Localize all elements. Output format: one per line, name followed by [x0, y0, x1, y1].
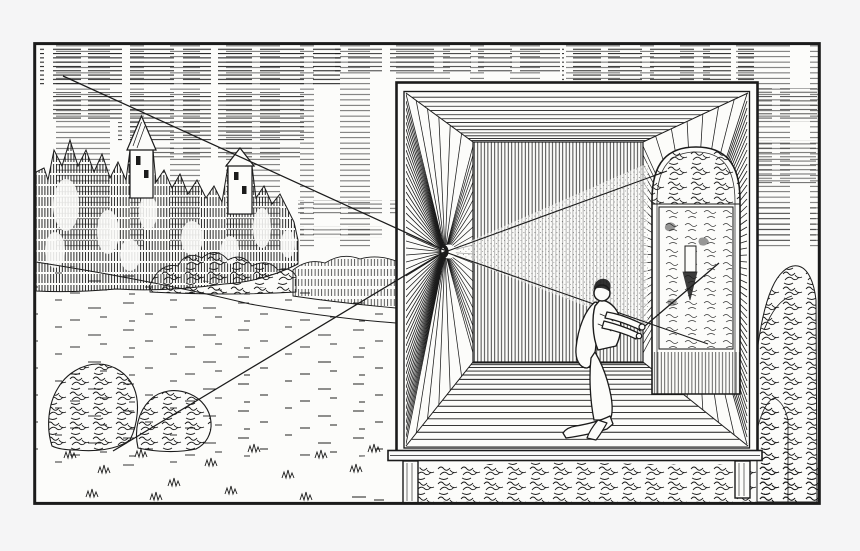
- inverted-projected-image: [652, 150, 740, 394]
- support-sill: [388, 451, 762, 461]
- engraving-canvas: [0, 0, 860, 551]
- camera-obscura-box: [397, 83, 758, 457]
- hand: [639, 324, 645, 330]
- projection-screen: [652, 147, 740, 394]
- hand: [636, 333, 641, 338]
- ground-scrub: [404, 462, 818, 502]
